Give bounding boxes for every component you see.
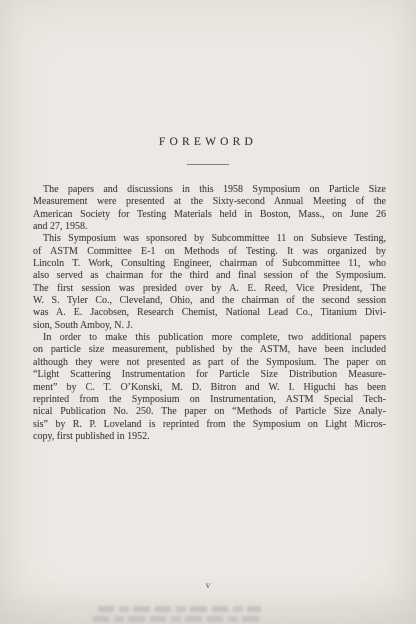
foreword-text: The papers and discussions in this 1958 … <box>33 184 386 443</box>
text-line: W. S. Tyler Co., Cleveland, Ohio, and th… <box>33 295 386 307</box>
text-line: This Symposium was sponsored by Subcommi… <box>33 233 386 245</box>
text-line: reprinted from the Symposium on Instrume… <box>33 394 386 406</box>
text-line: on particle size measurement, published … <box>33 344 386 356</box>
text-line: sis” by R. P. Loveland is reprinted from… <box>33 419 386 431</box>
page-number: v <box>0 581 416 591</box>
text-line: of ASTM Committee E-1 on Methods of Test… <box>33 246 386 258</box>
book-page: FOREWORD The papers and discussions in t… <box>0 0 416 624</box>
text-line: ment” by C. T. O’Konski, M. D. Bitron an… <box>33 382 386 394</box>
text-line: and 27, 1958. <box>33 221 386 233</box>
text-line: sion, South Amboy, N. J. <box>33 320 386 332</box>
title-divider <box>187 164 229 165</box>
text-line: The first session was presided over by A… <box>33 283 386 295</box>
page-title: FOREWORD <box>0 136 416 148</box>
text-line: Lincoln T. Work, Consulting Engineer, ch… <box>33 258 386 270</box>
text-line: “Light Scattering Instrumentation for Pa… <box>33 369 386 381</box>
text-line: In order to make this publication more c… <box>33 332 386 344</box>
text-line: was A. E. Jacobsen, Research Chemist, Na… <box>33 307 386 319</box>
text-line: The papers and discussions in this 1958 … <box>33 184 386 196</box>
text-line: American Society for Testing Materials h… <box>33 209 386 221</box>
text-line: nical Publication No. 250. The paper on … <box>33 406 386 418</box>
text-line: although they were not presented as part… <box>33 357 386 369</box>
text-line: copy, first published in 1952. <box>33 431 386 443</box>
showthrough-line <box>93 616 260 622</box>
text-line: Measurement were presented at the Sixty-… <box>33 196 386 208</box>
showthrough-line <box>98 606 261 612</box>
text-line: also served as chairman for the third an… <box>33 270 386 282</box>
